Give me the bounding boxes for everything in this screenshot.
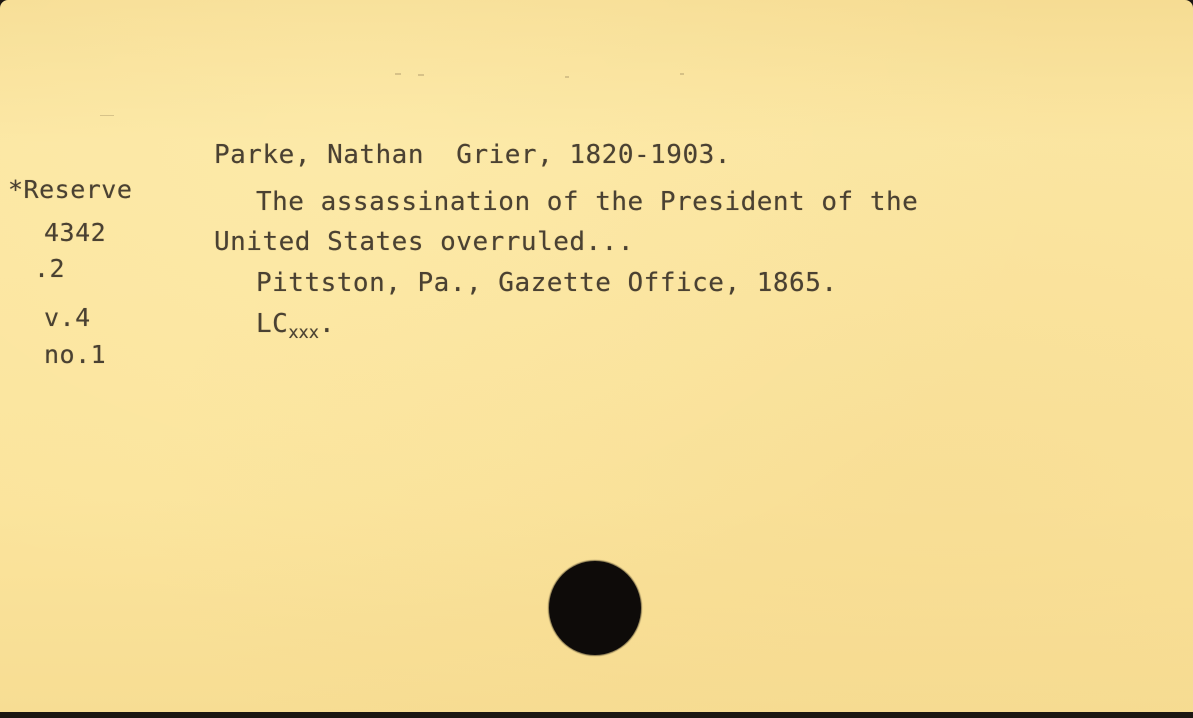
title-line-2: United States overruled... bbox=[214, 229, 634, 255]
lc-note-end: . bbox=[319, 309, 335, 339]
paper-speck bbox=[680, 73, 684, 75]
lc-note-main: LC bbox=[256, 309, 288, 339]
call-number-line-volume: v.4 bbox=[44, 305, 91, 330]
paper-speck bbox=[100, 115, 114, 116]
catalog-card: *Reserve 4342 .2 v.4 no.1 Parke, Nathan … bbox=[0, 0, 1193, 714]
paper-speck bbox=[418, 74, 424, 76]
punch-hole-icon bbox=[549, 561, 641, 655]
call-number-line-cutter: .2 bbox=[34, 256, 65, 281]
author-heading: Parke, Nathan Grier, 1820-1903. bbox=[214, 142, 731, 168]
call-number-line-number: no.1 bbox=[44, 342, 106, 367]
lc-note-sub: xxx bbox=[288, 323, 319, 343]
card-bottom-edge bbox=[0, 712, 1193, 718]
paper-speck bbox=[395, 73, 401, 75]
title-line-1: The assassination of the President of th… bbox=[256, 189, 918, 215]
lc-note: LCxxx. bbox=[256, 311, 335, 337]
imprint: Pittston, Pa., Gazette Office, 1865. bbox=[256, 270, 838, 296]
paper-speck bbox=[565, 76, 569, 78]
call-number-line-reserve: *Reserve bbox=[8, 177, 132, 202]
call-number-line-class: 4342 bbox=[44, 220, 106, 245]
